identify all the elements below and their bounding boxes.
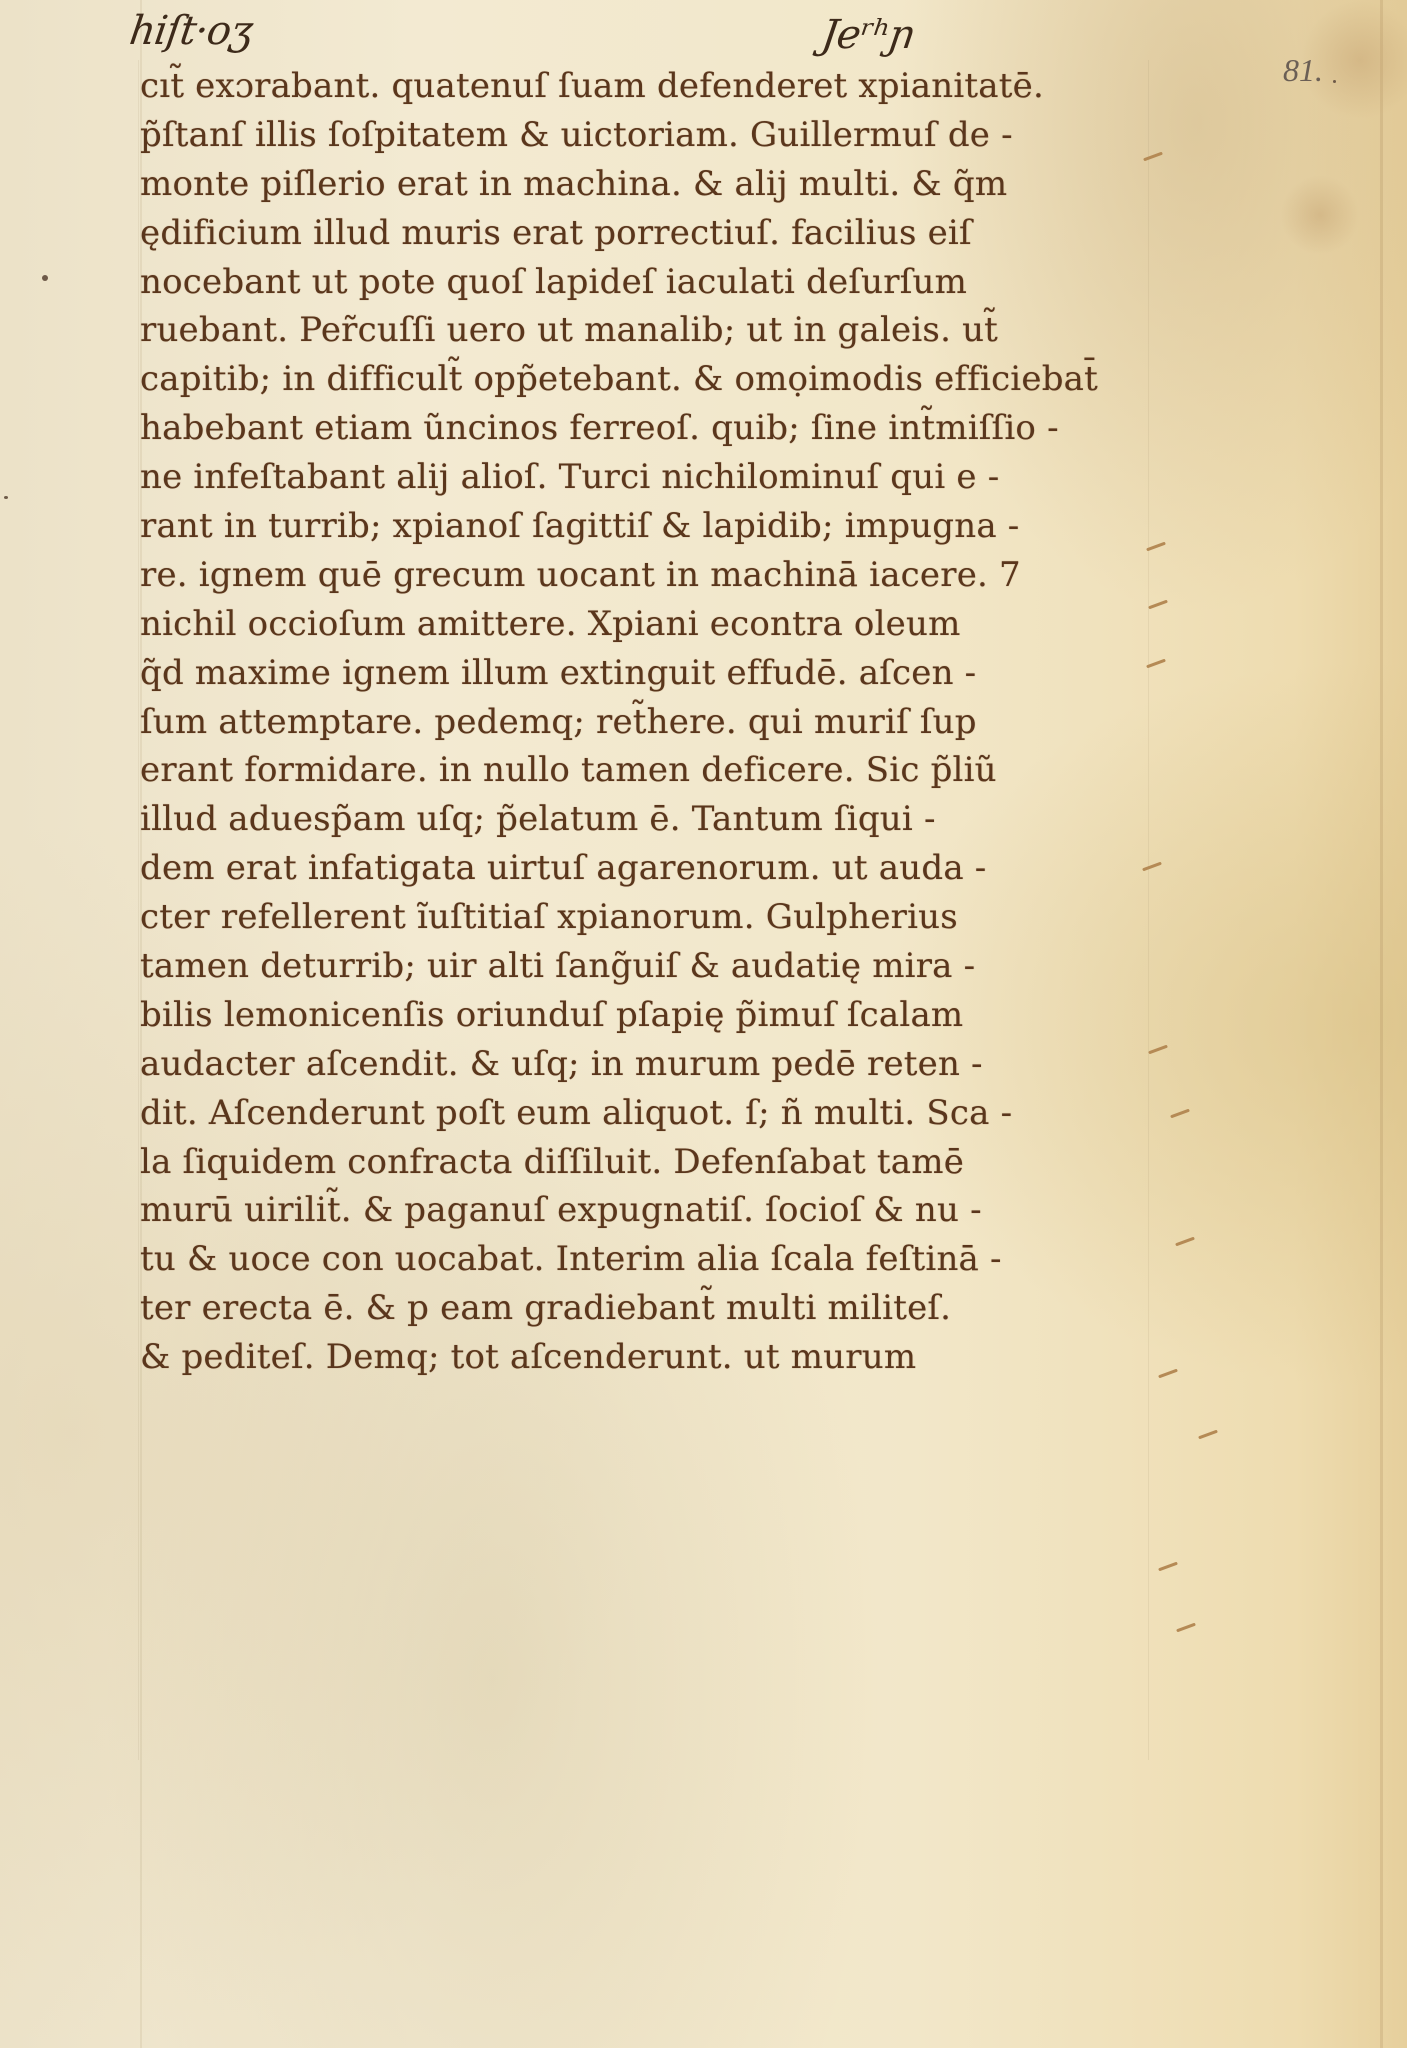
text-line: la ſiquidem confracta diſſiluit. Defenſa… (140, 1138, 1160, 1187)
text-line: tamen deturrib; uir alti ſang̃uiſ & auda… (140, 942, 1160, 991)
ink-speck (4, 496, 8, 499)
text-line: & pediteſ. Demq; tot aſcenderunt. ut mur… (140, 1333, 1160, 1382)
text-line: illud aduesp̃am uſq; p̃elatum ē. Tantum … (140, 795, 1160, 844)
text-line: bilis lemonicenſis oriunduſ pſapię p̃imu… (140, 991, 1160, 1040)
text-line: rant in turrib; xpianoſ ſagittiſ & lapid… (140, 502, 1160, 551)
text-line: ędificium illud muris erat porrectiuſ. f… (140, 209, 1160, 258)
margin-hyphen-mark (1158, 1562, 1178, 1572)
text-line: dem erat infatigata uirtuſ agarenorum. u… (140, 844, 1160, 893)
ink-speck (42, 275, 48, 281)
text-column: cıt̃ exɔrabant. quatenuſ ſuam defenderet… (140, 62, 1160, 1382)
text-line: tu & uoce con uocabat. Interim alia ſcal… (140, 1235, 1160, 1284)
text-line: q̃d maxime ignem illum extinguit effudē.… (140, 649, 1160, 698)
parchment-stain (1280, 175, 1360, 255)
text-line: audacter aſcendit. & uſq; in murum pedē … (140, 1040, 1160, 1089)
text-line: dit. Aſcenderunt poſt eum aliquot. ſ; ñ… (140, 1089, 1160, 1138)
text-line: nocebant ut pote quoſ lapideſ iaculati d… (140, 258, 1160, 307)
text-line: cıt̃ exɔrabant. quatenuſ ſuam defenderet… (140, 62, 1160, 111)
folio-number: 81. (1283, 52, 1323, 89)
page-edge-shadow (1380, 0, 1383, 2048)
running-head-left: hiſt·oʒ (127, 8, 255, 54)
running-head-center: Jeʳʰɲ (819, 12, 917, 58)
text-line: cter refellerent ĩuſtitiaſ xpianorum. G… (140, 893, 1160, 942)
margin-hyphen-mark (1198, 1430, 1218, 1440)
manuscript-folio: hiſt·oʒ Jeʳʰɲ 81. cıt̃ exɔrabant. quaten… (0, 0, 1407, 2048)
text-line: capitib; in difficult̃ opp̃etebant. & om… (140, 355, 1160, 404)
margin-hyphen-mark (1170, 1109, 1190, 1119)
text-line: p̃ſtanſ illis ſoſpitatem & uictoriam. Gu… (140, 111, 1160, 160)
text-line: ruebant. Per̃cuſſi uero ut manalib; ut i… (140, 306, 1160, 355)
text-line: re. ignem quē grecum uocant in machinā i… (140, 551, 1160, 600)
text-line: nichil occioſum amittere. Xpiani econtra… (140, 600, 1160, 649)
text-line: ter erecta ē. & p eam gradiebant̃ multi … (140, 1284, 1160, 1333)
ink-speck (1333, 80, 1336, 83)
text-line: habebant etiam ũncinos ferreoſ. quib; ſ… (140, 404, 1160, 453)
left-ruling-line (138, 60, 139, 1760)
text-line: ne infeſtabant alij alioſ. Turci nichilo… (140, 453, 1160, 502)
margin-hyphen-mark (1176, 1623, 1196, 1633)
text-line: monte piſlerio erat in machina. & alij m… (140, 160, 1160, 209)
text-line: erant formidare. in nullo tamen deficere… (140, 746, 1160, 795)
margin-hyphen-mark (1175, 1237, 1195, 1247)
text-line: ſum attemptare. pedemq; ret̃here. qui mu… (140, 698, 1160, 747)
margin-hyphen-mark (1158, 1369, 1178, 1379)
text-line: murū uirilit̃. & paganuſ expugnatiſ. ſoc… (140, 1186, 1160, 1235)
